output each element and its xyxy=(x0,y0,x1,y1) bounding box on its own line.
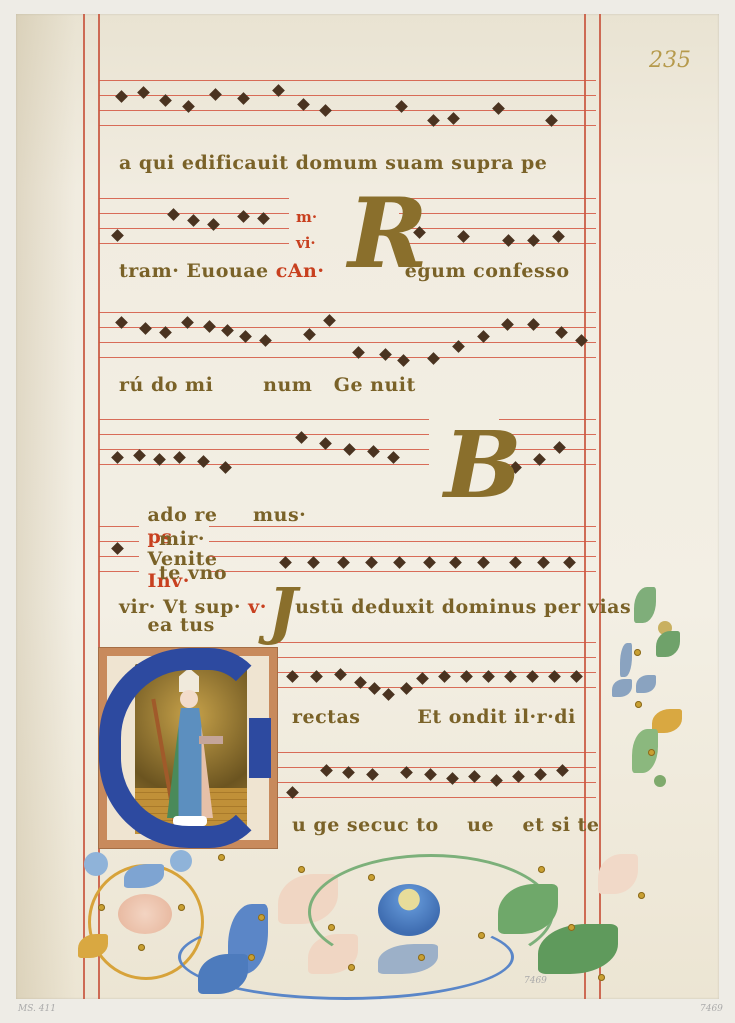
blue-flower xyxy=(378,884,440,936)
text-line-2-pre: tram· Euouae xyxy=(119,260,269,282)
stacked-text-2: te vno xyxy=(159,562,239,584)
rubric-verse: v· xyxy=(248,596,267,618)
text-line-5-post: ustū deduxit dominus per vias xyxy=(295,596,631,618)
stacked-text-1: mir· xyxy=(159,528,219,550)
manuscript-leaf: 235 a qui edificauit domum suam supra pe… xyxy=(16,14,719,999)
inner-pencil-number: 7469 xyxy=(524,976,547,986)
staff-6 xyxy=(278,642,596,702)
text-line-6: rectas Et ondit il·r·di xyxy=(292,706,592,728)
staff-3 xyxy=(99,312,596,372)
text-line-5: vir· Vt sup· v· ustū deduxit dominus per… xyxy=(119,596,599,618)
staff-1 xyxy=(99,80,596,140)
gold-initial-R: R xyxy=(348,186,428,282)
historiated-initial-E xyxy=(98,647,278,849)
folio-number: 235 xyxy=(649,48,691,73)
text-line-1: a qui edificauit domum suam supra pe xyxy=(119,152,599,174)
rubric-antiphon-mode: cAn· xyxy=(276,260,325,282)
acrobat-figure xyxy=(634,587,656,623)
pink-flower xyxy=(118,894,172,934)
text-line-5-pre: vir· Vt sup· xyxy=(119,596,241,618)
text-line-3: rú do mi num Ge nuit xyxy=(119,374,599,396)
gold-initial-J: J xyxy=(268,574,297,647)
shelfmark: MS. 411 xyxy=(18,1004,56,1014)
rubric-mode-number: m· vi· xyxy=(296,204,326,256)
blue-letter-E xyxy=(99,648,269,848)
staff-7 xyxy=(278,752,596,812)
text-line-2-post: egum confesso xyxy=(405,260,570,282)
text-line-4-pre: ado re mus· xyxy=(147,504,306,526)
right-margin-drollery xyxy=(606,579,686,819)
accession-number: 7469 xyxy=(700,1004,723,1014)
bottom-border-foliage xyxy=(78,844,718,999)
text-line-7: u ge secuc to ue et si te xyxy=(292,814,592,836)
gold-initial-B: B xyxy=(444,419,522,511)
